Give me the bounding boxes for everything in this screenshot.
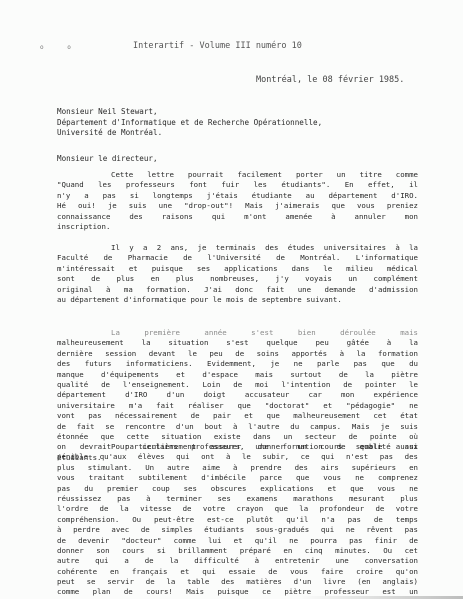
text-line: étonnée que cette situation existe dans … <box>57 432 418 442</box>
text-line: La première année s'est bien déroulée ma… <box>57 328 418 338</box>
text-line: sont de plus en plus nombreuses, j'y voy… <box>57 274 418 284</box>
text-line: manque d'équipements et d'espace mais su… <box>57 370 418 380</box>
paragraph-4: Pour certains professeurs, donner un cou… <box>57 442 418 598</box>
punch-hole-marks: o o <box>40 44 81 51</box>
text-line: compréhension. Ou peut-être est-ce plutô… <box>57 515 418 525</box>
text-line: autre qui a de la difficulté à entreteni… <box>57 556 418 566</box>
text-line: de devenir "docteur" comme lui et qu'il … <box>57 536 418 546</box>
text-line: inscription. <box>57 222 418 232</box>
recipient-university: Université de Montréal. <box>57 128 162 139</box>
text-line: original à ma formation. J'ai donc fait … <box>57 285 418 295</box>
text-line: donner son cours si brillamment préparé … <box>57 546 418 556</box>
text-line: Pour certains professeurs, donner un cou… <box>57 442 418 452</box>
text-line: malheureusement la situation s'est quelq… <box>57 338 418 348</box>
text-line: pénible qu'aux élèves qui ont à le subir… <box>57 452 418 462</box>
text-line: au département d'informatique pour le mo… <box>57 295 418 305</box>
text-line: des futurs informaticiens. Evidemment, j… <box>57 359 418 369</box>
text-line: cohérente en français et qui essaie de v… <box>57 567 418 577</box>
salutation: Monsieur le directeur, <box>57 154 158 163</box>
text-line: Il y a 2 ans, je terminais des études un… <box>57 243 418 253</box>
text-line: universitaire m'a fait réaliser que "doc… <box>57 401 418 411</box>
text-line: dernière session devant le peu de soins … <box>57 349 418 359</box>
recipient-name: Monsieur Neil Stewart, <box>57 107 158 118</box>
text-line: département d'IRO d'un doigt accusateur … <box>57 390 418 400</box>
text-line: n'y a pas si longtemps j'étais étudiante… <box>57 191 418 201</box>
scanned-letter-page: o o Interartif - Volume III numéro 10 Mo… <box>0 0 463 599</box>
text-line: connaissance des raisons qui m'ont amené… <box>57 212 418 222</box>
text-line: vous traitant subtilement d'imbécile par… <box>57 473 418 483</box>
letter-date: Montréal, le 08 février 1985. <box>256 75 404 85</box>
text-line: réussissez pas à terminer ses examens ma… <box>57 494 418 504</box>
text-line: à perdre avec de simples étudiants sous-… <box>57 525 418 535</box>
text-line: Hé oui! je suis une "drop-out"! Mais j'a… <box>57 201 418 211</box>
text-line: qualité de l'enseignement. Loin de moi l… <box>57 380 418 390</box>
text-line: Faculté de Pharmacie de l'Université de … <box>57 253 418 263</box>
recipient-department: Département d'Informatique et de Recherc… <box>57 118 322 129</box>
text-line: peut se servir de la table des matières … <box>57 577 418 587</box>
publication-header: Interartif - Volume III numéro 10 <box>133 41 302 51</box>
paragraph-1: Cette lettre pourrait facilement porter … <box>57 170 418 232</box>
text-line: "Quand les professeurs font fuir les étu… <box>57 180 418 190</box>
text-line: plus stimulant. Un autre aime à prendre … <box>57 463 418 473</box>
text-line: pas du premier coup ses obscures explica… <box>57 484 418 494</box>
text-line: Cette lettre pourrait facilement porter … <box>57 170 418 180</box>
paragraph-2: Il y a 2 ans, je terminais des études un… <box>57 243 418 305</box>
text-line: l'ordre de la vitesse de votre crayon qu… <box>57 504 418 514</box>
text-line: vont pas nécessairement de pair et que m… <box>57 411 418 421</box>
text-line: de fait se rencontre d'un bout à l'autre… <box>57 422 418 432</box>
text-line: m'intéressait et puisque ses application… <box>57 264 418 274</box>
